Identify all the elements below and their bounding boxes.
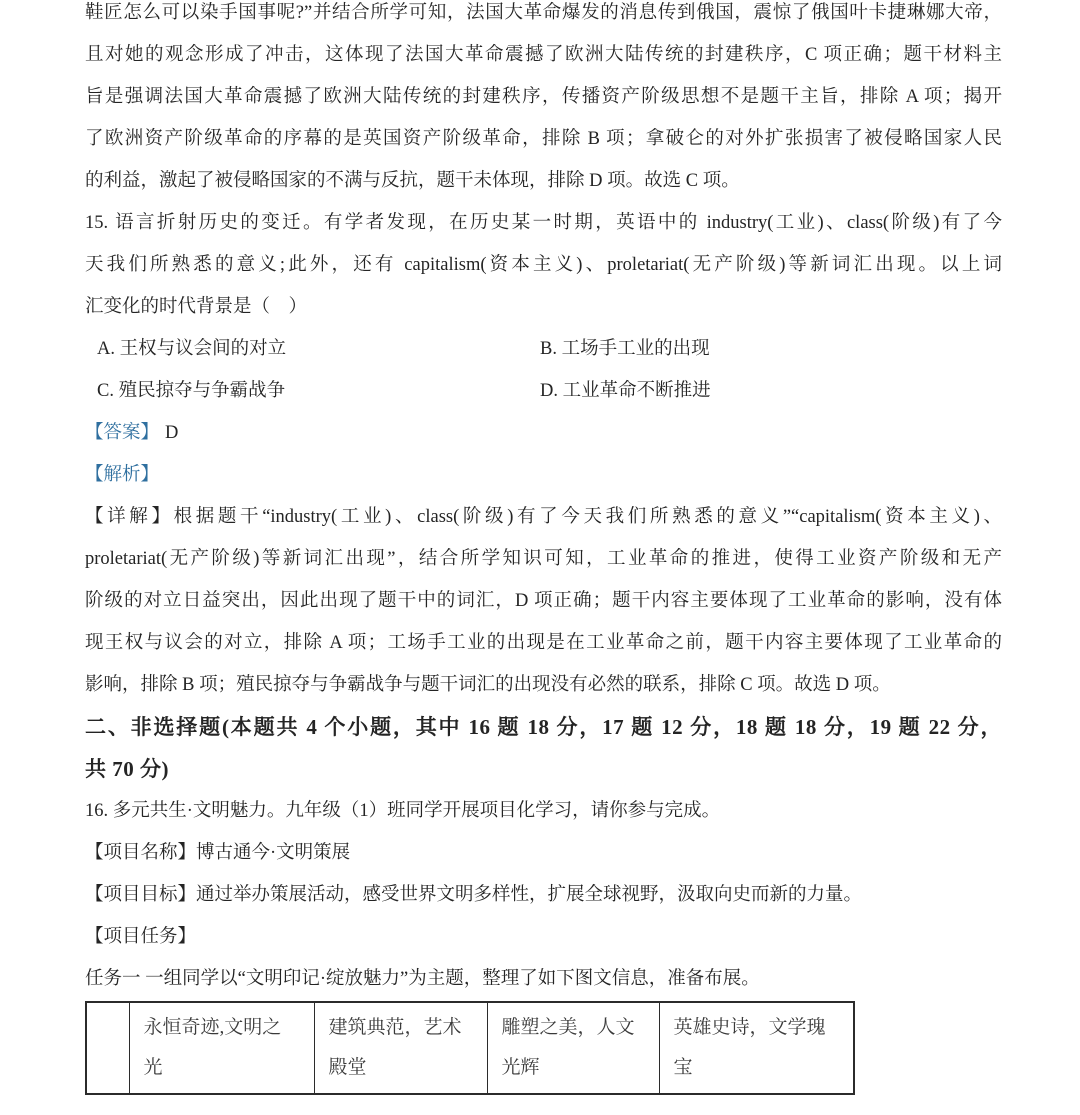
detail-15-line: 【详解】根据题干“industry(工业)、class(阶级)有了今天我们所熟悉…: [85, 496, 1002, 538]
analysis-line: 【解析】: [85, 454, 1002, 496]
project-goal-line: 【项目目标】通过举办策展活动，感受世界文明多样性，扩展全球视野，汲取向史而新的力…: [85, 874, 1002, 916]
project-name-text: 博古通今·文明策展: [196, 843, 350, 863]
question-15-stem-line: 15. 语言折射历史的变迁。有学者发现，在历史某一时期，英语中的 industr…: [85, 202, 1002, 244]
answer-line: 【答案】D: [85, 412, 1002, 454]
option-row: A. 王权与议会间的对立B. 工场手工业的出现: [85, 328, 1002, 370]
project-goal-text: 通过举办策展活动，感受世界文明多样性，扩展全球视野，汲取向史而新的力量。: [196, 885, 862, 905]
table-cell-empty: [86, 1002, 129, 1094]
table-cell-epic: 英雄史诗，文学瑰宝: [659, 1002, 854, 1094]
explanation-14-line: 旨是强调法国大革命震撼了欧洲大陆传统的封建秩序，传播资产阶级思想不是题干主旨，排…: [85, 76, 1002, 118]
option-b: B. 工场手工业的出现: [540, 339, 710, 359]
project-name-line: 【项目名称】博古通今·文明策展: [85, 832, 1002, 874]
section-2-heading-line: 二、非选择题(本题共 4 个小题，其中 16 题 18 分，17 题 12 分，…: [85, 706, 1002, 748]
task-1-line: 任务一 一组同学以“文明印记·绽放魅力”为主题，整理了如下图文信息，准备布展。: [85, 958, 1002, 1000]
option-row: C. 殖民掠夺与争霸战争D. 工业革命不断推进: [85, 370, 1002, 412]
table-cell-sculpture: 雕塑之美，人文光辉: [487, 1002, 659, 1094]
project-task-line: 【项目任务】: [85, 916, 1002, 958]
text-column: 鞋匠怎么可以染手国事呢?”并结合所学可知，法国大革命爆发的消息传到俄国，震惊了俄…: [85, 0, 1002, 1000]
detail-15-line: 现王权与议会的对立，排除 A 项；工场手工业的出现是在工业革命之前，题干内容主要…: [85, 622, 1002, 664]
explanation-14-line: 且对她的观念形成了冲击，这体现了法国大革命震撼了欧洲大陆传统的封建秩序，C 项正…: [85, 34, 1002, 76]
project-goal-label: 【项目目标】: [85, 885, 196, 905]
option-a: A. 王权与议会间的对立: [97, 328, 540, 370]
explanation-14-line: 了欧洲资产阶级革命的序幕的是英国资产阶级革命，排除 B 项；拿破仑的对外扩张损害…: [85, 118, 1002, 160]
explanation-14-line: 鞋匠怎么可以染手国事呢?”并结合所学可知，法国大革命爆发的消息传到俄国，震惊了俄…: [85, 0, 1002, 34]
document-page: 鞋匠怎么可以染手国事呢?”并结合所学可知，法国大革命爆发的消息传到俄国，震惊了俄…: [0, 0, 1080, 1115]
section-2-heading-line: 共 70 分): [85, 748, 1002, 790]
table-cell-architecture: 建筑典范，艺术殿堂: [314, 1002, 487, 1094]
detail-15-line: 阶级的对立日益突出，因此出现了题干中的词汇，D 项正确；题干内容主要体现了工业革…: [85, 580, 1002, 622]
project-name-label: 【项目名称】: [85, 843, 196, 863]
explanation-14-line: 的利益，激起了被侵略国家的不满与反抗，题干未体现，排除 D 项。故选 C 项。: [85, 160, 1002, 202]
detail-15-line: proletariat(无产阶级)等新词汇出现”，结合所学知识可知，工业革命的推…: [85, 538, 1002, 580]
exhibit-table: 永恒奇迹,文明之光 建筑典范，艺术殿堂 雕塑之美，人文光辉 英雄史诗，文学瑰宝: [85, 1001, 855, 1095]
option-d: D. 工业革命不断推进: [540, 381, 711, 401]
question-16-intro: 16. 多元共生·文明魅力。九年级（1）班同学开展项目化学习，请你参与完成。: [85, 790, 1002, 832]
answer-value: D: [165, 423, 178, 443]
analysis-label: 【解析】: [85, 465, 159, 485]
table-cell-eternal-wonders: 永恒奇迹,文明之光: [129, 1002, 314, 1094]
question-15-stem-line: 汇变化的时代背景是（ ）: [85, 286, 1002, 328]
exhibit-table-row: 永恒奇迹,文明之光 建筑典范，艺术殿堂 雕塑之美，人文光辉 英雄史诗，文学瑰宝: [86, 1002, 854, 1094]
detail-15-line: 影响，排除 B 项；殖民掠夺与争霸战争与题干词汇的出现没有必然的联系，排除 C …: [85, 664, 1002, 706]
option-c: C. 殖民掠夺与争霸战争: [97, 370, 540, 412]
answer-label: 【答案】: [85, 423, 159, 443]
question-15-stem-line: 天我们所熟悉的意义;此外，还有 capitalism(资本主义)、proleta…: [85, 244, 1002, 286]
project-task-label: 【项目任务】: [85, 927, 196, 947]
